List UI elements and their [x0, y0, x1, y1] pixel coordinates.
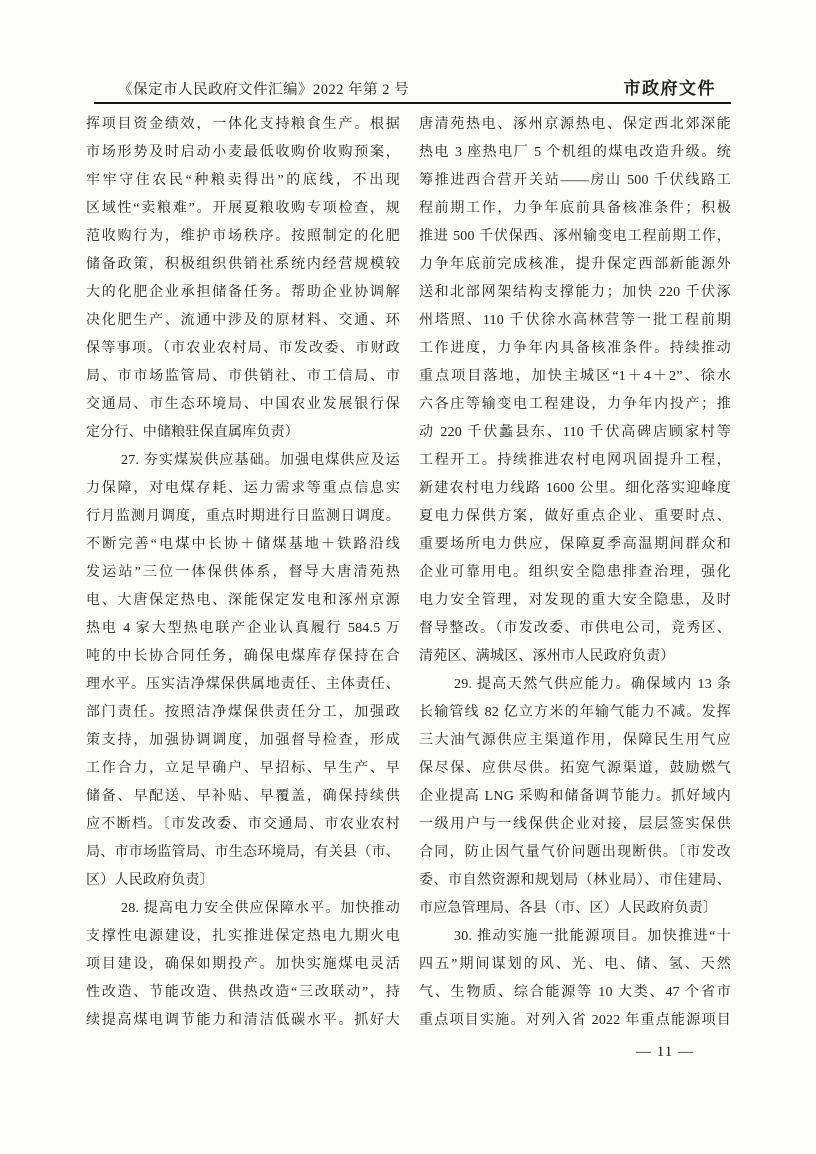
- text-line: 市场形势及时启动小麦最低收购价收购预案，: [86, 139, 400, 167]
- text-line: 决化肥生产、流通中涉及的原材料、交通、环: [86, 307, 400, 335]
- text-line: 项目建设，确保如期投产。加快实施煤电灵活: [86, 951, 400, 979]
- text-line: 热电 3 座热电厂 5 个机组的煤电改造升级。统: [419, 139, 731, 167]
- text-line: 28. 提高电力安全供应保障水平。加快推动: [86, 895, 400, 923]
- text-line: 力争年底前完成核准，提升保定西部新能源外: [419, 251, 731, 279]
- text-line: 定分行、中储粮驻保直属库负责）: [86, 419, 400, 447]
- text-line: 储备政策，积极组织供销社系统内经营规模较: [86, 251, 400, 279]
- text-line: 应不断档。〔市发改委、市交通局、市农业农村: [86, 811, 400, 839]
- text-line: 力保障，对电煤存耗、运力需求等重点信息实: [86, 475, 400, 503]
- text-line: 气、生物质、综合能源等 10 大类、47 个省市: [419, 979, 731, 1007]
- text-line: 保等事项。（市农业农村局、市发改委、市财政: [86, 335, 400, 363]
- text-line: 大的化肥企业承担储备任务。帮助企业协调解: [86, 279, 400, 307]
- text-line: 长输管线 82 亿立方米的年输气能力不减。发挥: [419, 699, 731, 727]
- left-column: 挥项目资金绩效，一体化支持粮食生产。根据市场形势及时启动小麦最低收购价收购预案，…: [86, 111, 400, 1035]
- text-line: 27. 夯实煤炭供应基础。加强电煤供应及运: [86, 447, 400, 475]
- text-line: 交通局、市生态环境局、中国农业发展银行保: [86, 391, 400, 419]
- right-column: 唐清苑热电、涿州京源热电、保定西北郊深能热电 3 座热电厂 5 个机组的煤电改造…: [419, 111, 731, 1035]
- text-line: 州塔照、110 千伏徐水高林营等一批工程前期: [419, 307, 731, 335]
- text-line: 合同，防止因气量气价问题出现断供。〔市发改: [419, 839, 731, 867]
- text-line: 督导整改。（市发改委、市供电公司，竞秀区、: [419, 615, 731, 643]
- text-line: 清苑区、满城区、涿州市人民政府负责）: [419, 643, 731, 671]
- page-number: — 11 —: [615, 1040, 715, 1064]
- text-line: 企业可靠用电。组织安全隐患排查治理，强化: [419, 559, 731, 587]
- text-line: 发运站”三位一体保供体系，督导大唐清苑热: [86, 559, 400, 587]
- text-line: 新建农村电力线路 1600 公里。细化落实迎峰度: [419, 475, 731, 503]
- text-line: 动 220 千伏蠡县东、110 千伏高碑店顾家村等: [419, 419, 731, 447]
- text-line: 电力安全管理，对发现的重大安全隐患，及时: [419, 587, 731, 615]
- text-line: 三大油气源供应主渠道作用，保障民生用气应: [419, 727, 731, 755]
- text-line: 重点项目实施。对列入省 2022 年重点能源项目: [419, 1007, 731, 1035]
- text-line: 续提高煤电调节能力和清洁低碳水平。抓好大: [86, 1007, 400, 1035]
- header-section-label: 市政府文件: [624, 74, 732, 99]
- text-line: 重要场所电力供应，保障夏季高温期间群众和: [419, 531, 731, 559]
- text-line: 推进 500 千伏保西、涿州输变电工程前期工作，: [419, 223, 731, 251]
- header-journal-title: 《保定市人民政府文件汇编》2022 年第 2 号: [94, 78, 409, 99]
- text-line: 储备、早配送、早补贴、早覆盖，确保持续供: [86, 783, 400, 811]
- text-line: 理水平。压实洁净煤保供属地责任、主体责任、: [86, 671, 400, 699]
- text-line: 热电 4 家大型热电联产企业认真履行 584.5 万: [86, 615, 400, 643]
- text-line: 六各庄等输变电工程建设，力争年内投产；推: [419, 391, 731, 419]
- page-header: 《保定市人民政府文件汇编》2022 年第 2 号 市政府文件: [94, 78, 731, 104]
- text-line: 吨的中长协合同任务，确保电煤库存保持在合: [86, 643, 400, 671]
- text-line: 性改造、节能改造、供热改造“三改联动”，持: [86, 979, 400, 1007]
- text-line: 局、市市场监管局、市生态环境局，有关县（市、: [86, 839, 400, 867]
- text-line: 支撑性电源建设，扎实推进保定热电九期火电: [86, 923, 400, 951]
- text-line: 范收购行为，维护市场秩序。按照制定的化肥: [86, 223, 400, 251]
- text-line: 局、市市场监管局、市供销社、市工信局、市: [86, 363, 400, 391]
- text-line: 程前期工作，力争年底前具备核准条件；积极: [419, 195, 731, 223]
- text-line: 策支持，加强协调调度，加强督导检查，形成: [86, 727, 400, 755]
- text-line: 重点项目落地，加快主城区“1＋4＋2”、徐水: [419, 363, 731, 391]
- text-line: 企业提高 LNG 采购和储备调节能力。抓好域内: [419, 783, 731, 811]
- text-line: 区）人民政府负责〕: [86, 867, 400, 895]
- text-line: 唐清苑热电、涿州京源热电、保定西北郊深能: [419, 111, 731, 139]
- text-line: 委、市自然资源和规划局（林业局）、市住建局、: [419, 867, 731, 895]
- text-line: 一级用户与一线保供企业对接，层层签实保供: [419, 811, 731, 839]
- text-line: 送和北部网架结构支撑能力；加快 220 千伏涿: [419, 279, 731, 307]
- text-line: 30. 推动实施一批能源项目。加快推进“十: [419, 923, 731, 951]
- document-page: 《保定市人民政府文件汇编》2022 年第 2 号 市政府文件 挥项目资金绩效，一…: [0, 0, 816, 1154]
- text-line: 部门责任。按照洁净煤保供责任分工，加强政: [86, 699, 400, 727]
- text-line: 挥项目资金绩效，一体化支持粮食生产。根据: [86, 111, 400, 139]
- text-line: 29. 提高天然气供应能力。确保域内 13 条: [419, 671, 731, 699]
- text-line: 夏电力保供方案，做好重点企业、重要时点、: [419, 503, 731, 531]
- text-line: 工作进度，力争年内具备核准条件。持续推动: [419, 335, 731, 363]
- text-line: 电、大唐保定热电、深能保定发电和涿州京源: [86, 587, 400, 615]
- text-line: 保尽保、应供尽供。拓宽气源渠道，鼓励燃气: [419, 755, 731, 783]
- text-line: 工作合力，立足早确户、早招标、早生产、早: [86, 755, 400, 783]
- text-line: 筹推进西合营开关站——房山 500 千伏线路工: [419, 167, 731, 195]
- text-line: 牢牢守住农民“种粮卖得出”的底线，不出现: [86, 167, 400, 195]
- text-line: 不断完善“电煤中长协＋储煤基地＋铁路沿线: [86, 531, 400, 559]
- text-line: 四五”期间谋划的风、光、电、储、氢、天然: [419, 951, 731, 979]
- text-line: 行月监测月调度，重点时期进行日监测日调度。: [86, 503, 400, 531]
- text-line: 区域性“卖粮难”。开展夏粮收购专项检查，规: [86, 195, 400, 223]
- text-line: 市应急管理局、各县（市、区）人民政府负责〕: [419, 895, 731, 923]
- text-line: 工程开工。持续推进农村电网巩固提升工程，: [419, 447, 731, 475]
